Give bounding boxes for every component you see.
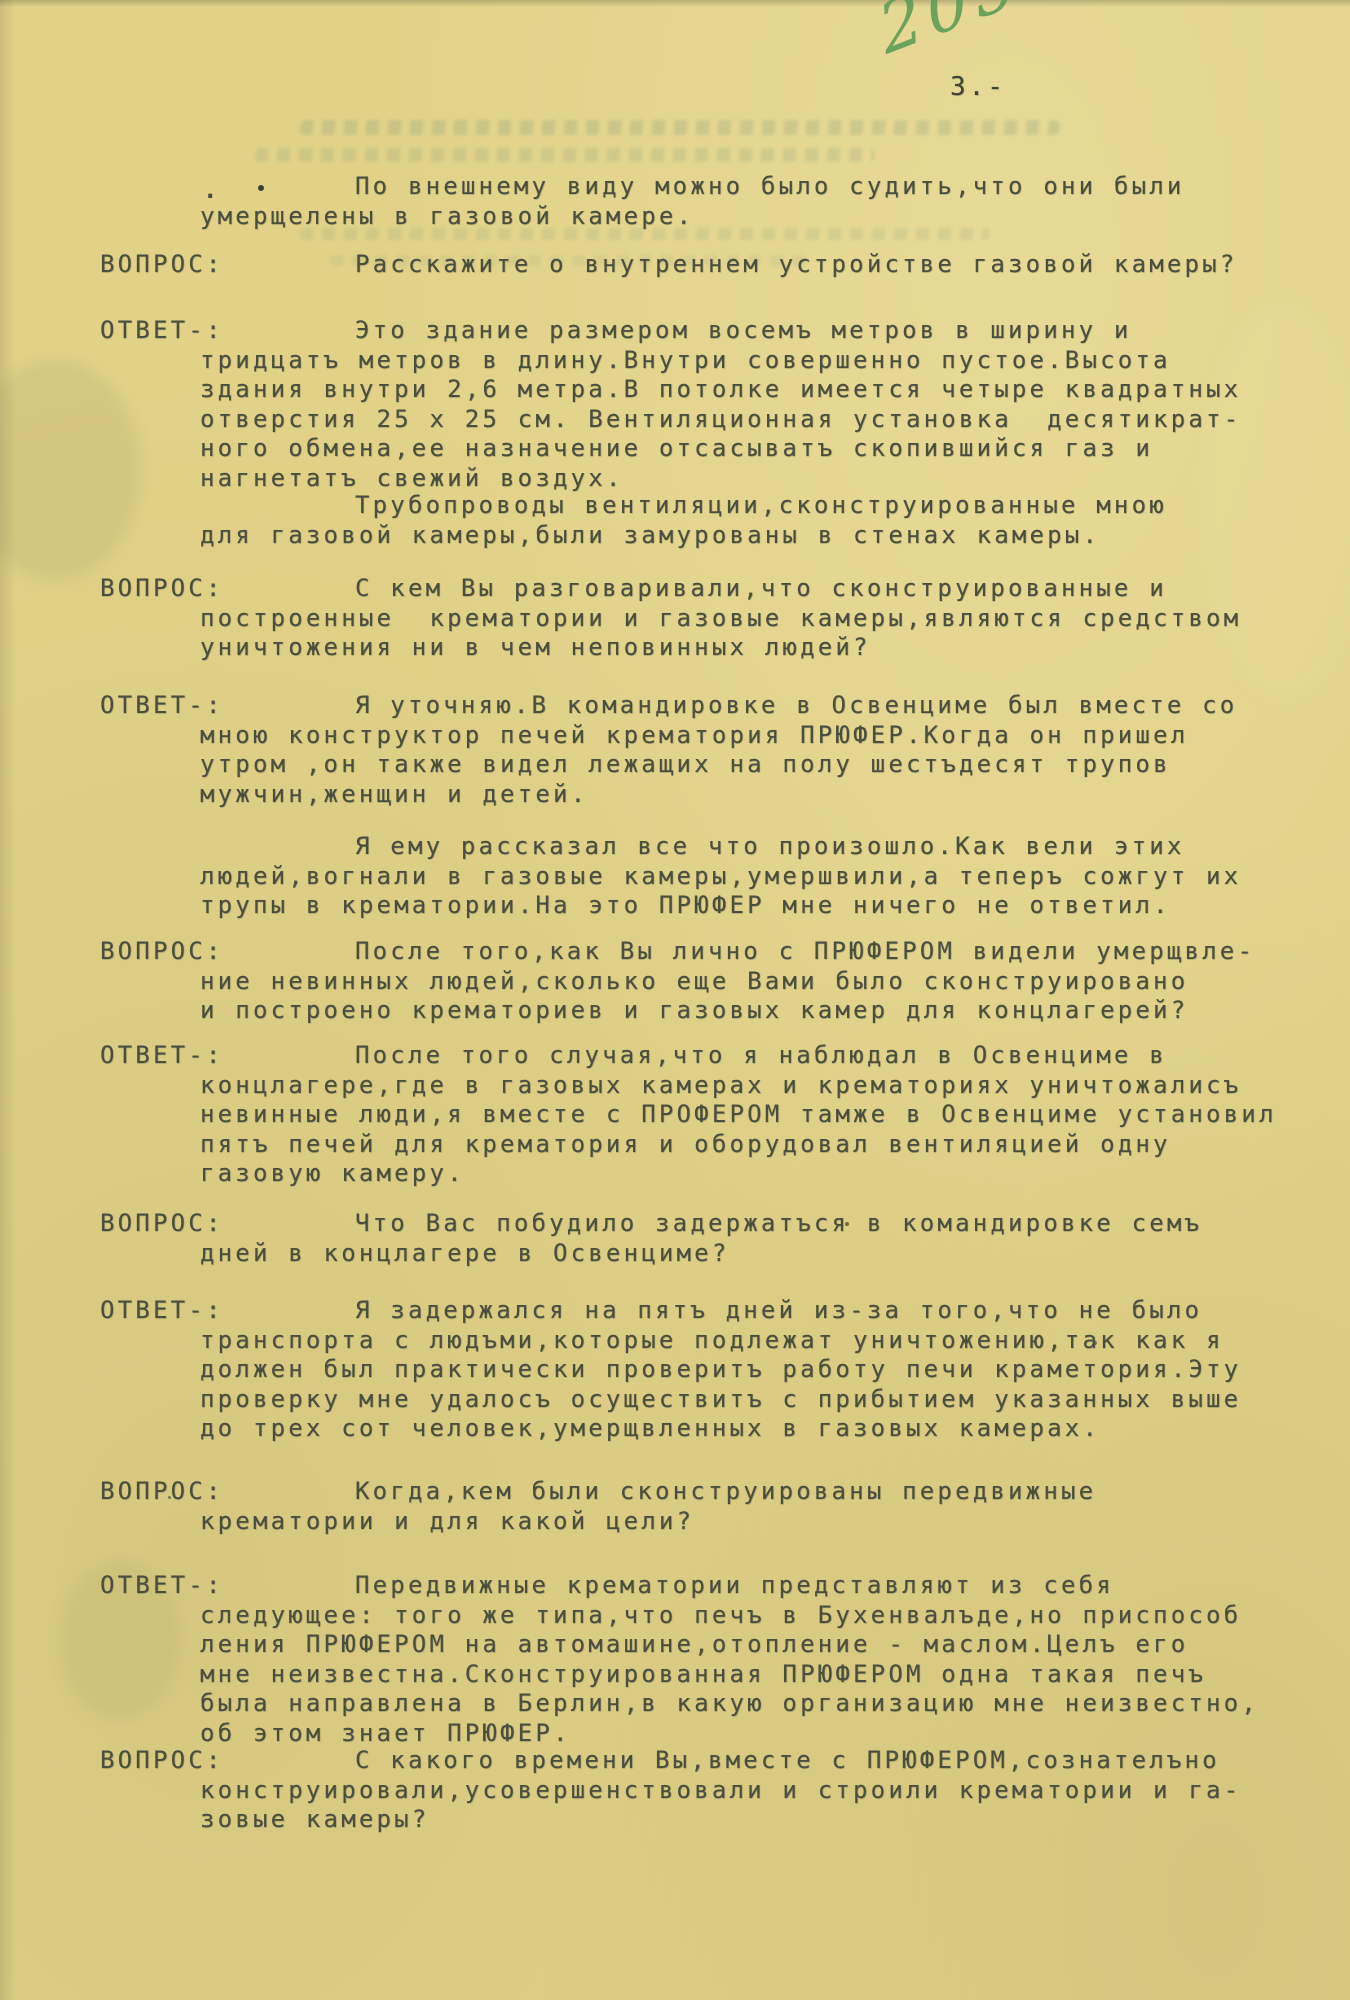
typewritten-paragraph: После того,как Вы лично с ПРЮФЕРОМ видел… (200, 937, 1350, 1026)
typewritten-paragraph: После того случая,что я наблюдал в Освен… (200, 1041, 1350, 1189)
typewritten-paragraph: Расскажите о внутреннем устройстве газов… (200, 250, 1350, 280)
typewritten-paragraph: Я задержался на пятъ дней из-за того,что… (200, 1296, 1350, 1444)
ghost-impression (299, 120, 1060, 135)
typewritten-paragraph: Когда,кем были сконструированы передвижн… (200, 1477, 1350, 1536)
typewritten-paragraph: Что Вас побудило задержатъся в командиро… (200, 1209, 1350, 1268)
typewritten-paragraph: С кем Вы разговаривали,что сконструирова… (200, 574, 1350, 663)
handwritten-page-number: 205 (872, 0, 1028, 71)
typewritten-paragraph: С какого времени Вы,вместе с ПРЮФЕРОМ,со… (200, 1746, 1350, 1835)
typewritten-paragraph: Это здание размером восемъ метров в шири… (200, 316, 1350, 493)
typewritten-paragraph: Трубопроводы вентиляции,сконструированны… (200, 491, 1350, 550)
typewritten-paragraph: По внешнему виду можно было судить,что о… (200, 172, 1350, 231)
document-page: 205 3.- . По внешнему виду можно было су… (0, 0, 1350, 2000)
typewritten-paragraph: Передвижные крематории представляют из с… (200, 1571, 1350, 1748)
typewritten-paragraph: Я уточняю.В командировке в Освенциме был… (200, 691, 1350, 809)
paper-stain (0, 360, 140, 580)
typed-page-number: 3.- (950, 72, 1006, 102)
typewritten-paragraph: Я ему рассказал все что произошло.Как ве… (200, 832, 1350, 921)
ghost-impression (255, 148, 876, 162)
